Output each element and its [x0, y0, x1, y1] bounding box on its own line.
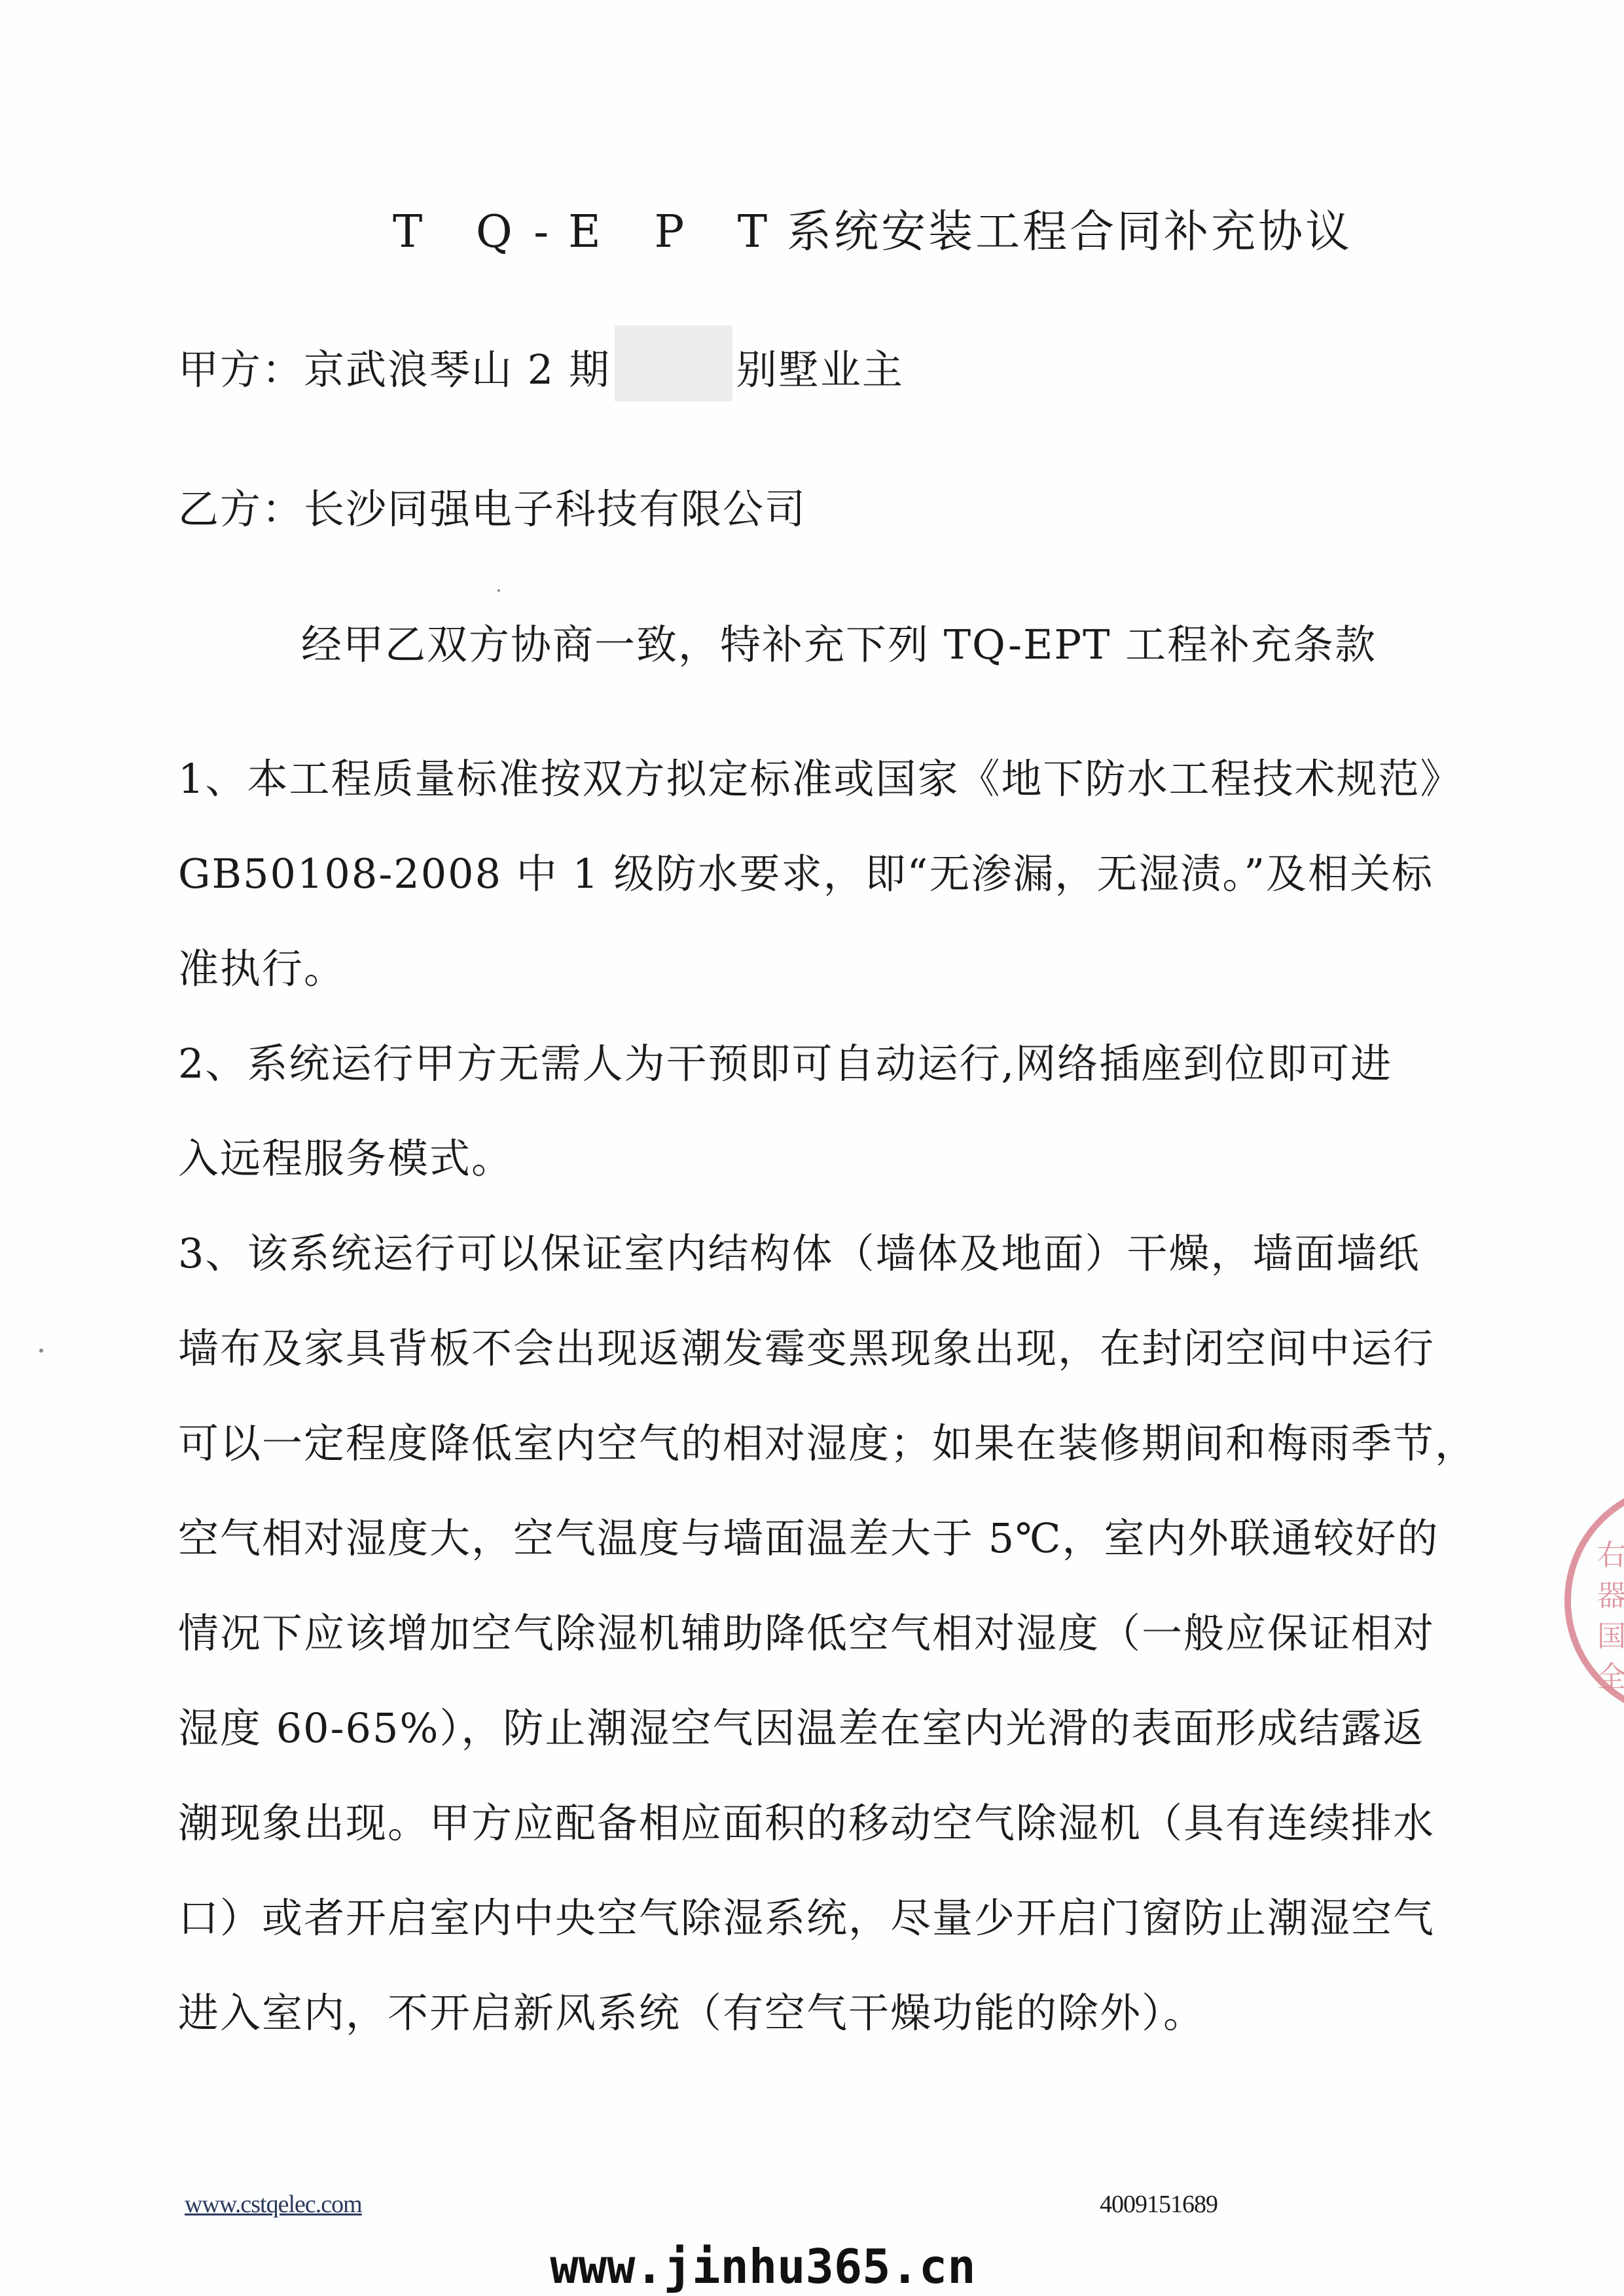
party-b: 乙方：长沙同强电子科技有限公司	[178, 477, 806, 535]
document-title: T Q-E P T系统安装工程合同补充协议	[0, 196, 1624, 260]
clause-line: GB50108-2008 中 1 级防水要求，即“无渗漏，无湿渍。”及相关标	[178, 848, 1435, 943]
clause-line: 2、系统运行甲方无需人为干预即可自动运行,网络插座到位即可进	[178, 1038, 1435, 1133]
seal-char: 国	[1597, 1616, 1624, 1657]
scan-speck	[497, 589, 500, 592]
clause-line: 空气相对湿度大，空气温度与墙面温差大于 5℃，室内外联通较好的	[178, 1512, 1435, 1607]
clause-1: 1、本工程质量标准按双方拟定标准或国家《地下防水工程技术规范》 GB50108-…	[178, 753, 1435, 1038]
footer-phone: 4009151689	[1100, 2190, 1218, 2219]
clause-line: 情况下应该增加空气除湿机辅助降低空气相对湿度（一般应保证相对	[178, 1607, 1435, 1702]
clause-line: 准执行。	[178, 943, 1435, 1038]
clause-line: 墙布及家具背板不会出现返潮发霉变黑现象出现，在封闭空间中运行	[178, 1322, 1435, 1417]
clause-line: 1、本工程质量标准按双方拟定标准或国家《地下防水工程技术规范》	[178, 753, 1435, 848]
clause-line: 湿度 60-65%），防止潮湿空气因温差在室内光滑的表面形成结露返	[178, 1702, 1435, 1797]
clause-line: 入远程服务模式。	[178, 1133, 1435, 1228]
footer-website-link[interactable]: www.cstqelec.com	[185, 2190, 362, 2219]
scan-speck	[39, 1349, 43, 1353]
clause-line: 可以一定程度降低室内空气的相对湿度；如果在装修期间和梅雨季节，	[178, 1417, 1435, 1512]
clause-line: 口）或者开启室内中央空气除湿系统，尽量少开启门窗防止潮湿空气	[178, 1892, 1435, 1987]
clause-line: 潮现象出现。甲方应配备相应面积的移动空气除湿机（具有连续排水	[178, 1797, 1435, 1892]
clause-3: 3、该系统运行可以保证室内结构体（墙体及地面）干燥，墙面墙纸 墙布及家具背板不会…	[178, 1228, 1435, 2082]
document-page: T Q-E P T系统安装工程合同补充协议 甲方：京武浪琴山 2 期别墅业主 乙…	[0, 0, 1624, 2296]
seal-char: 器	[1597, 1576, 1624, 1616]
party-a-value-after: 别墅业主	[736, 346, 904, 393]
party-b-value: 长沙同强电子科技有限公司	[304, 485, 806, 533]
intro-paragraph: 经甲乙双方协商一致，特补充下列 TQ-EPT 工程补充条款	[301, 612, 1377, 670]
seal-char: 全	[1597, 1657, 1624, 1698]
clause-line: 3、该系统运行可以保证室内结构体（墙体及地面）干燥，墙面墙纸	[178, 1228, 1435, 1322]
party-a: 甲方：京武浪琴山 2 期别墅业主	[178, 337, 904, 401]
title-cn: 系统安装工程合同补充协议	[787, 206, 1352, 258]
title-latin: T Q-E P T	[393, 206, 787, 258]
party-a-value-before: 京武浪琴山 2 期	[304, 346, 611, 393]
clause-2: 2、系统运行甲方无需人为干预即可自动运行,网络插座到位即可进 入远程服务模式。	[178, 1038, 1435, 1228]
watermark-text: www.jinhu365.cn	[0, 2239, 1624, 2294]
seal-text: 右 器 国 全	[1597, 1535, 1624, 1698]
clause-line: 进入室内，不开启新风系统（有空气干燥功能的除外）。	[178, 1987, 1435, 2082]
redacted-block	[615, 325, 732, 401]
party-b-label: 乙方：	[178, 485, 304, 533]
seal-char: 右	[1597, 1535, 1624, 1576]
party-a-label: 甲方：	[178, 346, 304, 393]
